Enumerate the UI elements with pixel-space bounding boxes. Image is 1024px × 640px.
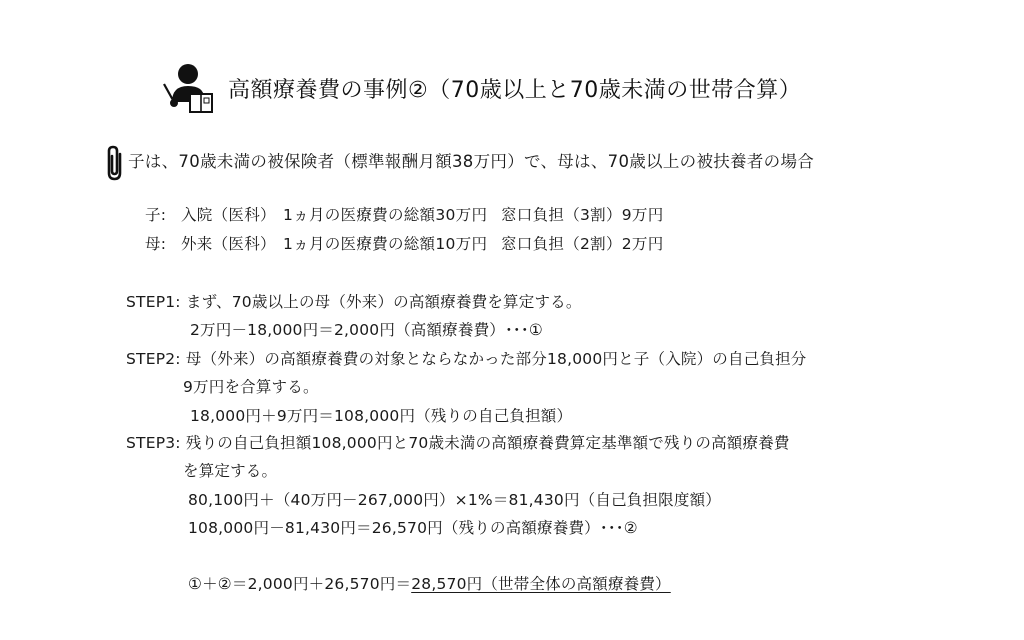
step-label: STEP1: [126,293,181,311]
case-who: 母: [145,232,181,254]
step3-calc-remaining: 108,000円－81,430円＝26,570円（残りの高額療養費）･･･② [188,516,638,538]
total-line: ①＋②＝2,000円＋26,570円＝28,570円（世帯全体の高額療養費） [188,572,671,594]
case-copay: 窓口負担（2割）2万円 [501,235,664,253]
step2-continuation: 9万円を合算する。 [183,375,319,397]
step-label: STEP3: [126,434,181,452]
case-kind: 入院（医科） [181,203,283,225]
step-text: 母（外来）の高額療養費の対象とならなかった部分18,000円と子（入院）の自己負… [186,350,807,368]
step2-calc: 18,000円＋9万円＝108,000円（残りの自己負担額） [190,404,572,426]
case-child: 子:入院（医科）1ヵ月の医療費の総額30万円窓口負担（3割）9万円 [145,203,664,225]
case-who: 子: [145,203,181,225]
step-label: STEP2: [126,350,181,368]
page-title: 高額療養費の事例②（70歳以上と70歳未満の世帯合算） [228,73,801,104]
step1-calc: 2万円－18,000円＝2,000円（高額療養費）･･･① [190,318,543,340]
step3-continuation: を算定する。 [183,459,277,481]
step-text: まず、70歳以上の母（外来）の高額療養費を算定する。 [186,293,582,311]
case-kind: 外来（医科） [181,232,283,254]
case-copay: 窓口負担（3割）9万円 [501,206,664,224]
total-result: 28,570円（世帯全体の高額療養費） [411,575,671,593]
total-formula: ①＋②＝2,000円＋26,570円＝ [188,575,411,593]
teacher-with-book-icon [160,62,216,114]
case-total: 1ヵ月の医療費の総額30万円 [283,203,501,225]
intro-text: 子は、70歳未満の被保険者（標準報酬月額38万円）で、母は、70歳以上の被扶養者… [128,148,814,172]
step3-heading: STEP3: 残りの自己負担額108,000円と70歳未満の高額療養費算定基準額… [126,431,790,453]
case-total: 1ヵ月の医療費の総額10万円 [283,232,501,254]
case-mother: 母:外来（医科）1ヵ月の医療費の総額10万円窓口負担（2割）2万円 [145,232,664,254]
step-text: 残りの自己負担額108,000円と70歳未満の高額療養費算定基準額で残りの高額療… [186,434,790,452]
step2-heading: STEP2: 母（外来）の高額療養費の対象とならなかった部分18,000円と子（… [126,347,807,369]
paperclip-icon [104,144,126,182]
step3-calc-limit: 80,100円＋（40万円－267,000円）×1%＝81,430円（自己負担限… [188,488,721,510]
step1-heading: STEP1: まず、70歳以上の母（外来）の高額療養費を算定する。 [126,290,582,312]
